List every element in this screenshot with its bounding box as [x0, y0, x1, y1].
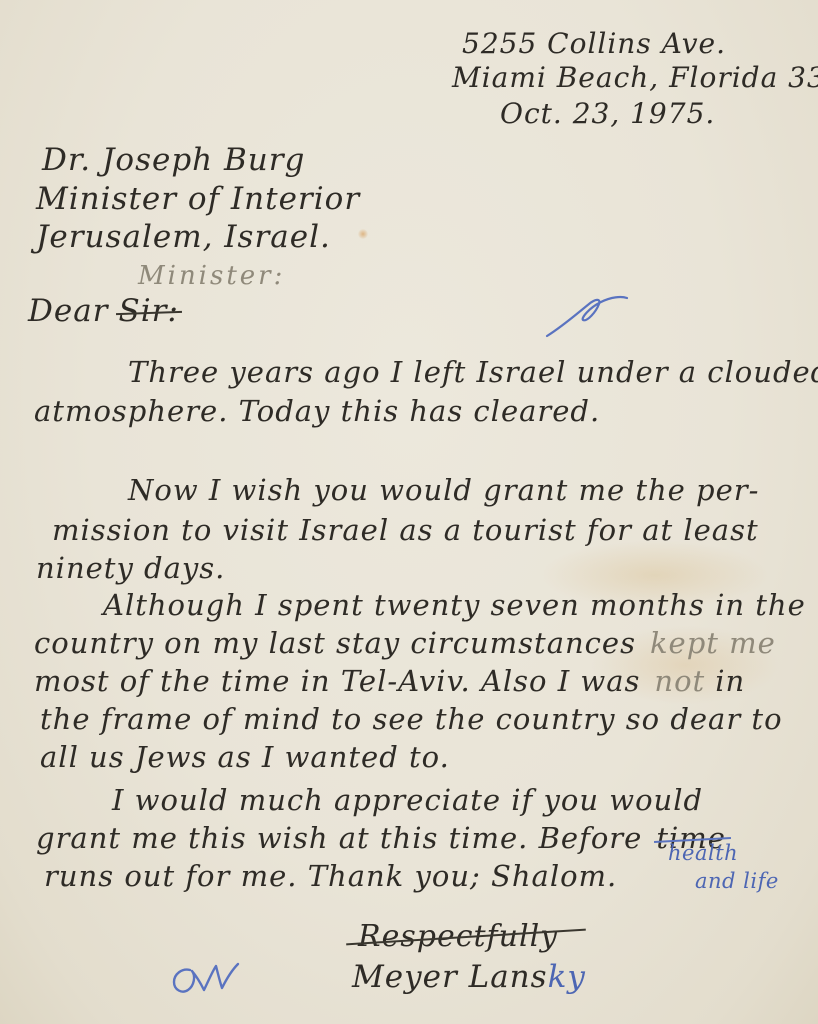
blue-ink-initials: [168, 956, 248, 1004]
signature-black-part: Meyer Lans: [352, 959, 548, 995]
body-p3-line3: most of the time in Tel-Aviv. Also I was…: [34, 667, 745, 696]
body-p1-line2: atmosphere. Today this has cleared.: [34, 397, 600, 426]
paper-stain: [358, 229, 368, 239]
body-p1-line1: Three years ago I left Israel under a cl…: [128, 358, 818, 387]
body-p4-line2: grant me this wish at this time. Beforet…: [36, 824, 726, 853]
recipient-title: Minister of Interior: [36, 184, 360, 215]
valediction-line: Respectfully: [358, 922, 558, 952]
pencil-insert-kept-me: kept me: [650, 626, 776, 660]
salutation-struck-word: Sir:: [119, 296, 179, 327]
recipient-name: Dr. Joseph Burg: [42, 145, 305, 176]
body-p3-line2-main: country on my last stay circumstances: [34, 626, 636, 660]
signature: Meyer Lansky: [352, 962, 586, 993]
body-p3-line2: country on my last stay circumstanceskep…: [34, 629, 776, 658]
letter-date: Oct. 23, 1975.: [500, 100, 715, 128]
salutation-prefix: Dear: [28, 293, 109, 329]
body-p3-line3-b: in: [715, 664, 745, 698]
valediction-struck: Respectfully: [358, 922, 558, 952]
body-p2-line2: mission to visit Israel as a tourist for…: [52, 516, 759, 545]
blue-insert-health: health: [668, 843, 738, 864]
sender-address-line-1: 5255 Collins Ave.: [462, 30, 726, 58]
salutation-line: DearSir:: [28, 296, 179, 327]
body-p4-line2-main: grant me this wish at this time. Before: [36, 821, 642, 855]
body-p3-line1: Although I spent twenty seven months in …: [103, 591, 806, 620]
body-p2-line1: Now I wish you would grant me the per-: [128, 476, 759, 505]
body-p3-line5: all us Jews as I wanted to.: [40, 743, 450, 772]
body-p3-line4: the frame of mind to see the country so …: [40, 705, 783, 734]
blue-insert-and-life: and life: [695, 871, 779, 892]
body-p4-line1: I would much appreciate if you would: [112, 786, 703, 815]
sender-address-line-2: Miami Beach, Florida 33140: [452, 64, 818, 92]
pencil-correction-minister: Minister:: [138, 263, 285, 289]
blue-ink-scribble: [543, 292, 633, 342]
recipient-city: Jerusalem, Israel.: [36, 222, 331, 253]
body-p2-line3: ninety days.: [36, 554, 225, 583]
body-p4-line3: runs out for me. Thank you; Shalom.: [44, 862, 617, 891]
letter-page: 5255 Collins Ave. Miami Beach, Florida 3…: [0, 0, 818, 1024]
pencil-insert-not: not: [654, 664, 705, 698]
signature-blue-part: ky: [548, 959, 586, 995]
body-p3-line3-a: most of the time in Tel-Aviv. Also I was: [34, 664, 640, 698]
